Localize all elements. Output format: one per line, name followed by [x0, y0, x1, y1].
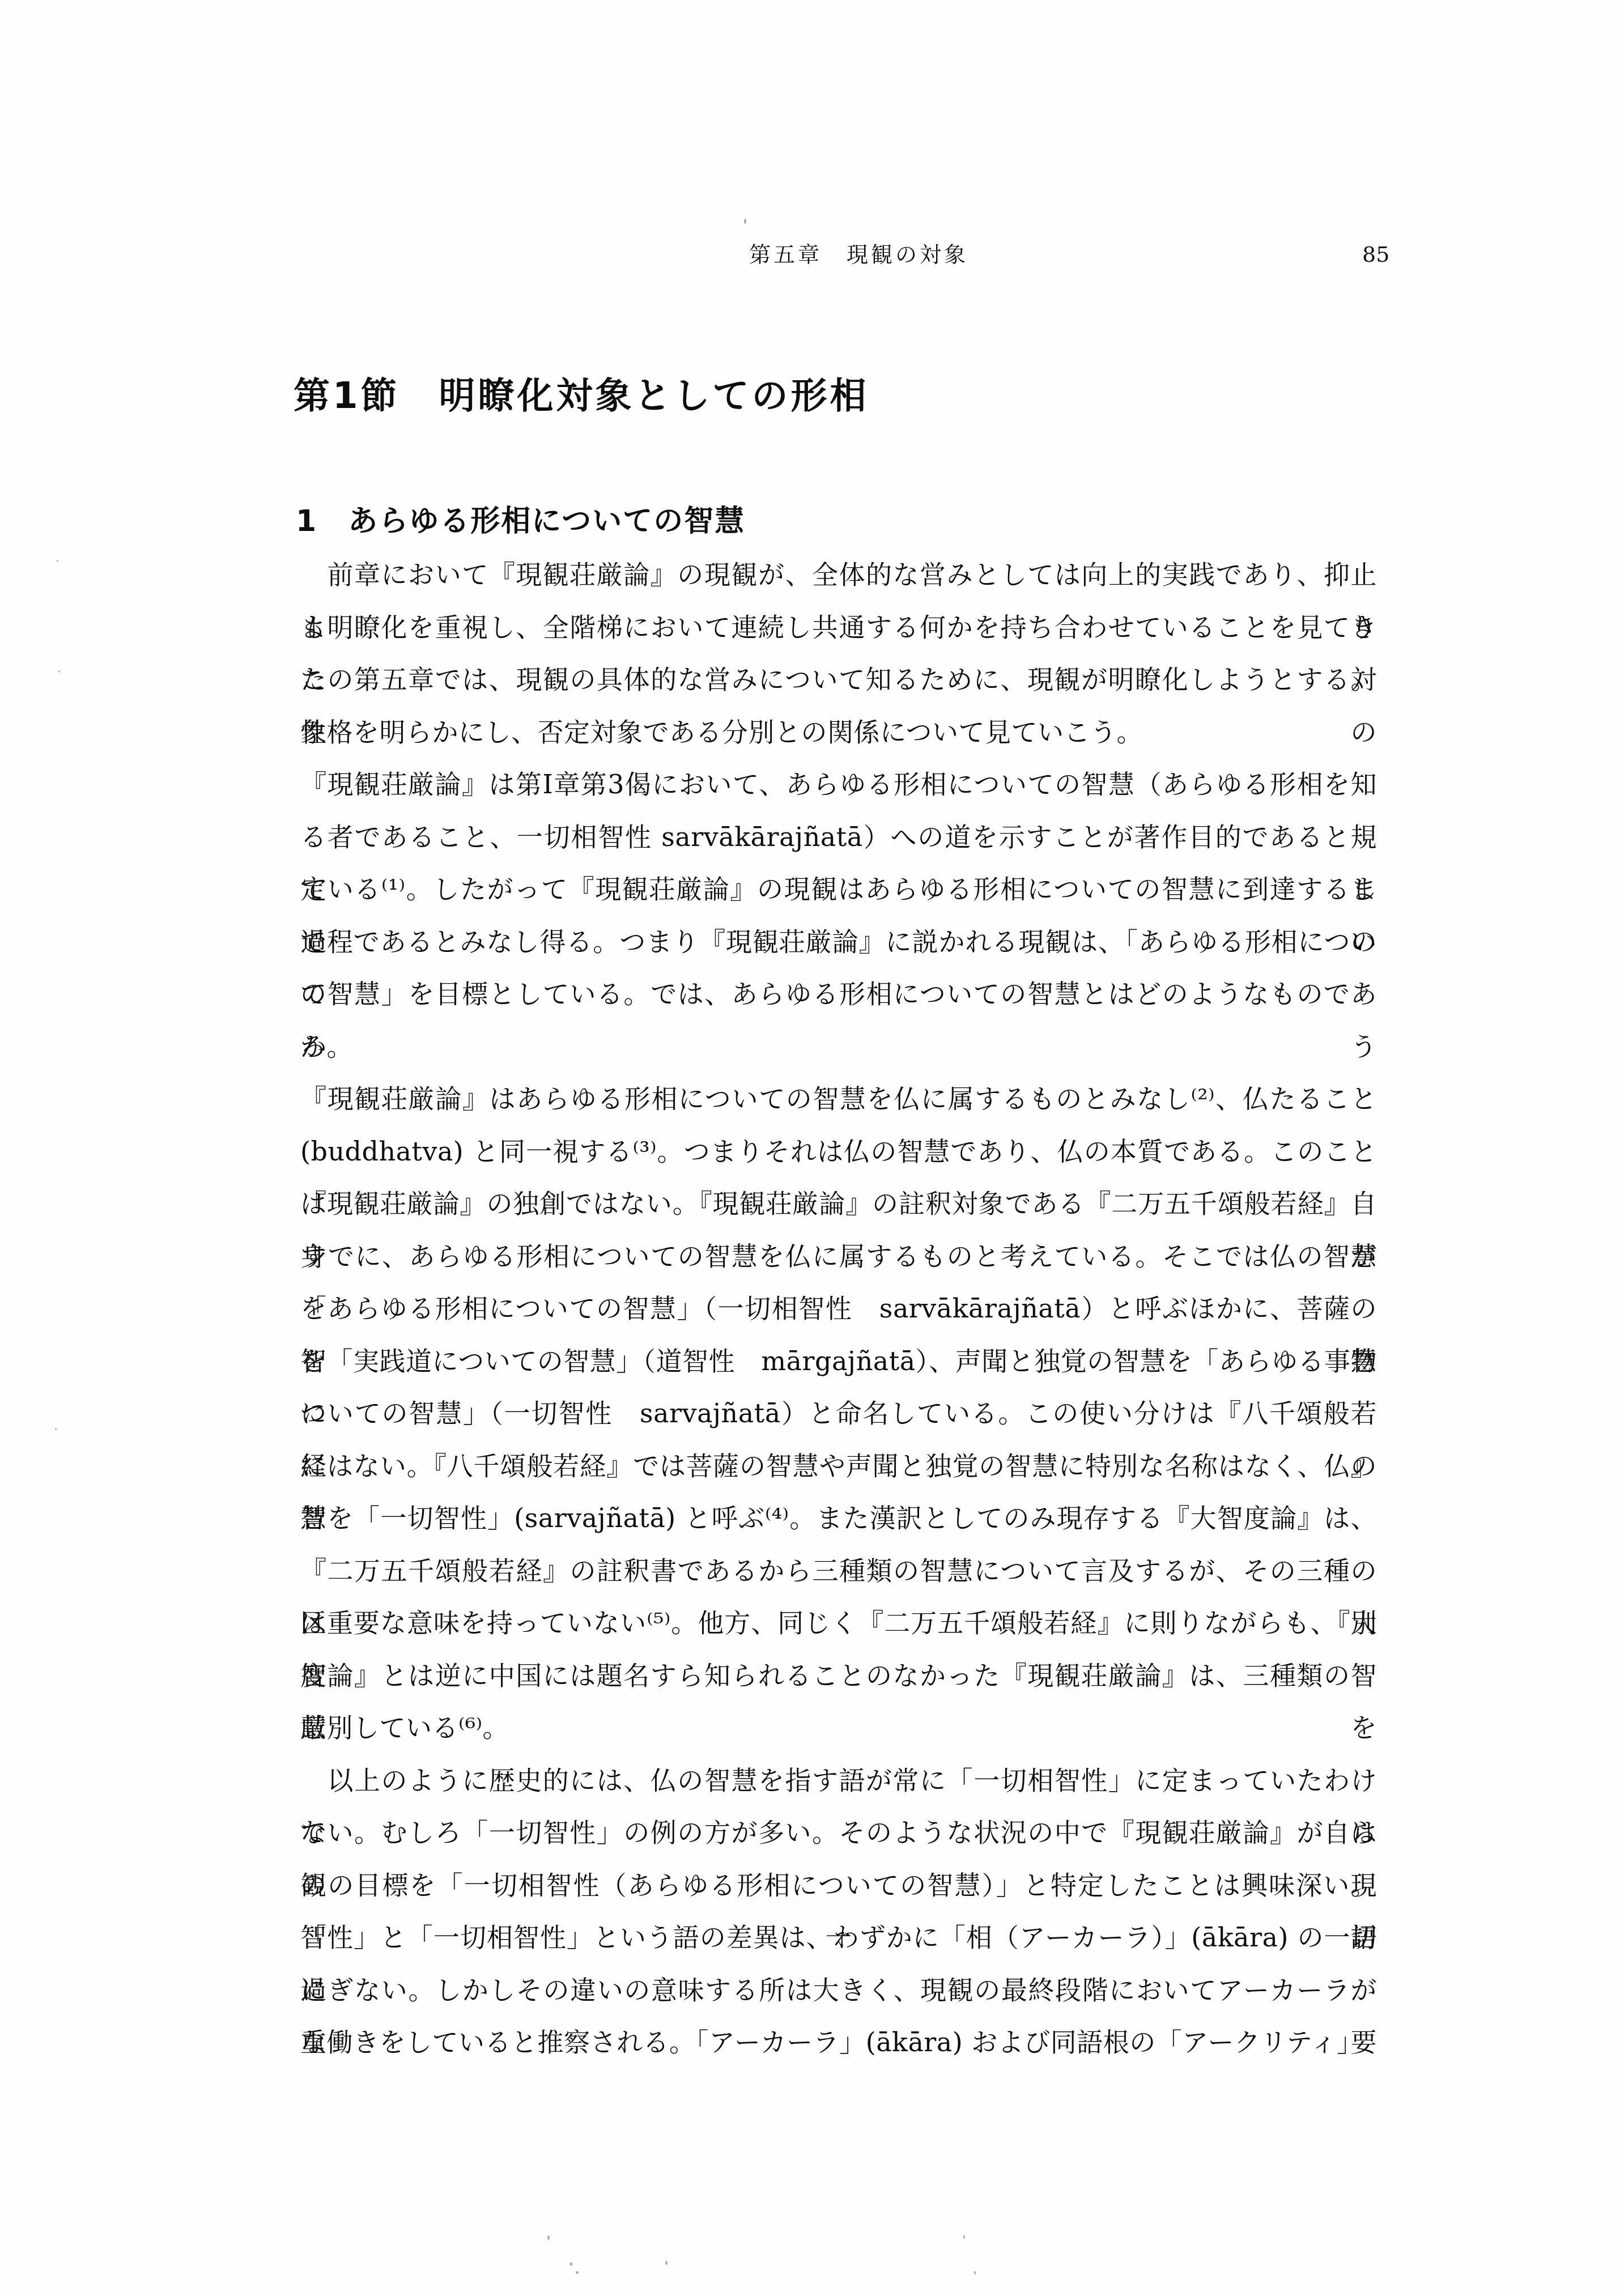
scan-speck [55, 1428, 57, 1430]
subsection-title: 1 あらゆる形相についての智慧 [296, 505, 745, 538]
body-line: 智性」と「一切相智性」という語の差異は、わずかに「相（アーカーラ）」(ākāra… [300, 1911, 1377, 1964]
body-line: は重要な意味を持っていない⁽⁵⁾。他方、同じく『二万五千頌般若経』に則りながらも… [300, 1597, 1377, 1649]
body-line: 過ぎない。しかしその違いの意味する所は大きく、現観の最終段階においてアーカーラが… [300, 1964, 1377, 2017]
scan-speck [57, 560, 58, 562]
body-line: 観の目標を「一切相智性（あらゆる形相についての智慧）」と特定したことは興味深い。… [300, 1859, 1377, 1912]
body-line: 過程であるとみなし得る。つまり『現観荘厳論』に説かれる現観は、「あらゆる形相につ… [300, 916, 1377, 968]
body-line: すでに、あらゆる形相についての智慧を仏に属するものと考えている。そこでは仏の智慧… [300, 1230, 1377, 1283]
body-line: ない。むしろ「一切智性」の例の方が多い。そのような状況の中で『現観荘厳論』が自ら… [300, 1806, 1377, 1859]
body-line: る者であること、一切相智性 sarvākārajñatā）への道を示すことが著作… [300, 811, 1377, 864]
scan-speck [547, 2235, 550, 2240]
scan-speck [570, 2262, 572, 2266]
body-line: 慧を「一切智性」(sarvajñatā) と呼ぶ⁽⁴⁾。また漢訳としてのみ現存す… [300, 1492, 1377, 1545]
body-line: の智慧」を目標としている。では、あらゆる形相についての智慧とはどのようなものであ… [300, 968, 1377, 1021]
body-line: ている⁽¹⁾。したがって『現観荘厳論』の現観はあらゆる形相についての智慧に到達す… [300, 863, 1377, 916]
body-line: にはない。『八千頌般若経』では菩薩の智慧や声聞と独覚の智慧に特別な名称はなく、仏… [300, 1440, 1377, 1493]
body-line: 『現観荘厳論』はあらゆる形相についての智慧を仏に属するものとみなし⁽²⁾、仏たる… [300, 1073, 1377, 1125]
scan-speck [744, 219, 746, 224]
document-page: 第五章 現観の対象 85 第1節 明瞭化対象としての形相 1 あらゆる形相につい… [0, 0, 1624, 2296]
body-line: 「あらゆる形相についての智慧」（一切相智性 sarvākārajñatā）と呼ぶ… [300, 1282, 1377, 1335]
body-line: 『二万五千頌般若経』の註釈書であるから三種類の智慧について言及するが、その三種の… [300, 1545, 1377, 1597]
scan-speck [665, 2261, 668, 2265]
scan-speck [576, 2271, 579, 2274]
body-line: 前章において『現観荘厳論』の現観が、全体的な営みとしては向上的実践であり、抑止よ… [300, 549, 1377, 601]
body-line: を「実践道についての智慧」（道智性 mārgajñatā）、声聞と独覚の智慧を「… [300, 1335, 1377, 1388]
scan-speck [58, 670, 60, 673]
scan-speck [974, 2271, 976, 2274]
running-header-title: 第五章 現観の対象 [749, 244, 968, 265]
page-number: 85 [1362, 244, 1389, 265]
body-line: 『現観荘厳論』は第Ⅰ章第3偈において、あらゆる形相についての智慧（あらゆる形相を… [300, 758, 1377, 811]
body-line: も明瞭化を重視し、全階梯において連続し共通する何かを持ち合わせていることを見てき… [300, 601, 1377, 654]
body-line: (buddhatva) と同一視する⁽³⁾。つまりそれは仏の智慧であり、仏の本質… [300, 1125, 1377, 1178]
body-line: 『現観荘厳論』の独創ではない。『現観荘厳論』の註釈対象である『二万五千頌般若経』… [300, 1177, 1377, 1230]
body-line: ついての智慧」（一切智性 sarvajñatā）と命名している。この使い分けは『… [300, 1387, 1377, 1440]
body-line: この第五章では、現観の具体的な営みについて知るために、現観が明瞭化しようとする対… [300, 653, 1377, 706]
body-line: 度論』とは逆に中国には題名すら知られることのなかった『現観荘厳論』は、三種類の智… [300, 1649, 1377, 1702]
body-line: 以上のように歴史的には、仏の智慧を指す語が常に「一切相智性」に定まっていたわけで… [300, 1754, 1377, 1807]
body-line: な働きをしていると推察される。「アーカーラ」(ākāra) および同語根の「アー… [300, 2016, 1377, 2069]
body-text: 前章において『現観荘厳論』の現観が、全体的な営みとしては向上的実践であり、抑止よ… [300, 549, 1377, 2069]
section-title: 第1節 明瞭化対象としての形相 [294, 376, 869, 416]
scan-speck [963, 2235, 965, 2239]
